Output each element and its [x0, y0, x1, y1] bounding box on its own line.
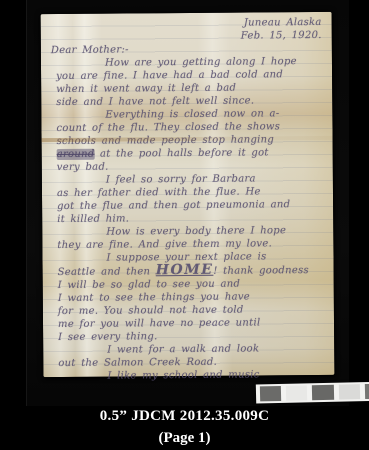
scale-bar-square [365, 384, 369, 399]
letter-line: I like my school and music [43, 368, 334, 383]
letter-text: schools and made people stop hanging [57, 134, 275, 147]
letter-text: at the pool halls before it got [94, 147, 268, 159]
letter-text: as her father died with the flue. He [57, 186, 261, 199]
letter-text: Juneau Alaska [244, 17, 322, 29]
letter-text: I like my school and music [107, 369, 259, 381]
letter-text: ! thank goodness [213, 265, 309, 277]
letter-text: How are you getting along I hope [105, 56, 297, 69]
letter-text: out the Salmon Creek Road. [58, 357, 217, 369]
scale-bar-square [260, 386, 282, 401]
letter-text: How is every body there I hope [106, 225, 286, 237]
letter-text: me for you will have no peace until [58, 317, 261, 330]
letter-text: got the flue and then got pneumonia and [57, 199, 290, 212]
scale-bar-square [286, 385, 308, 400]
letter-text: Feb. 15, 1920. [241, 30, 322, 42]
letter-text: I will be so glad to see you and [58, 279, 241, 291]
letter-text: HOME [156, 262, 214, 278]
letter-lines: Juneau AlaskaFeb. 15, 1920.Dear Mother:-… [41, 12, 335, 377]
letter-text: I see every thing. [58, 331, 158, 343]
letter-text: when it went away it left a bad [56, 83, 236, 95]
caption-page-number: (Page 1) [0, 426, 369, 450]
letter-line: got the flue and then got pneumonia and [42, 198, 333, 213]
scale-bar [256, 381, 369, 403]
letter-paper: Juneau AlaskaFeb. 15, 1920.Dear Mother:-… [41, 12, 335, 377]
catalog-photo-canvas: Juneau AlaskaFeb. 15, 1920.Dear Mother:-… [0, 0, 369, 450]
letter-text: I feel so sorry for Barbara [106, 173, 256, 185]
letter-photo: Juneau AlaskaFeb. 15, 1920.Dear Mother:-… [26, 0, 349, 406]
letter-text: I want to see the things you have [58, 292, 250, 305]
letter-text: Seattle and then [58, 266, 156, 278]
scribbled-out-word: around [57, 149, 95, 160]
letter-line: How are you getting along I hope [41, 55, 332, 70]
letter-text: count of the flu. They closed the shows [56, 121, 280, 134]
caption: 0.5” JDCM 2012.35.009C (Page 1) [0, 406, 369, 450]
letter-line: Feb. 15, 1920. [41, 29, 332, 44]
letter-text: Everything is closed now on a- [105, 108, 279, 120]
letter-text: it killed him. [57, 213, 129, 225]
letter-text: I went for a walk and look [107, 343, 259, 355]
letter-text: side and I have not felt well since. [56, 95, 254, 108]
letter-line: Seattle and then HOME! thank goodness [43, 263, 334, 279]
letter-text: for me. You should not have told [58, 305, 244, 317]
letter-text: they are fine. And give them my love. [57, 238, 272, 251]
scale-bar-square [338, 384, 360, 399]
caption-catalog-number: 0.5” JDCM 2012.35.009C [0, 406, 369, 426]
scale-bar-square [312, 385, 334, 400]
letter-text: very bad. [57, 162, 109, 173]
letter-text: you are fine. I have had a bad cold and [56, 69, 283, 82]
letter-text: Dear Mother:- [51, 44, 129, 56]
